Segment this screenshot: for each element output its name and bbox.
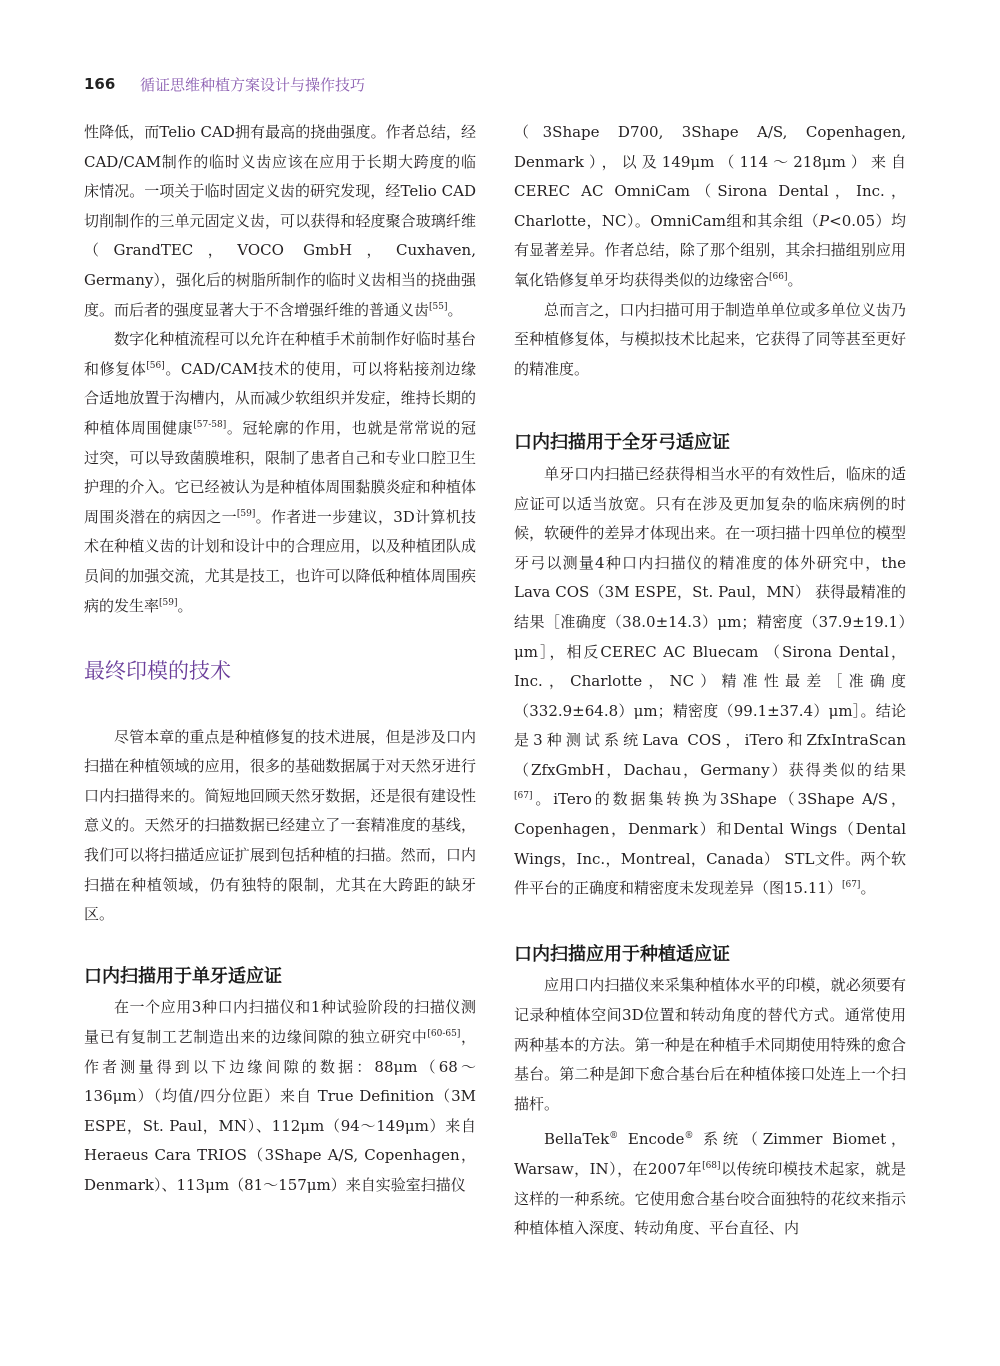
subheading: 口内扫描用于全牙弓适应证 bbox=[514, 428, 906, 458]
running-header: 166 循证思维种植方案设计与操作技巧 bbox=[84, 72, 365, 96]
citation: [67] bbox=[514, 791, 532, 801]
paragraph: 应用口内扫描仪来采集种植体水平的印模，就必须要有记录种植体空间3D位置和转动角度… bbox=[514, 971, 906, 1119]
citation: [59] bbox=[237, 509, 255, 519]
citation: [56] bbox=[146, 361, 164, 371]
citation: [57-58] bbox=[193, 420, 226, 430]
citation: [68] bbox=[702, 1161, 720, 1171]
paragraph: BellaTek® Encode® 系统（Zimmer Biomet，Warsa… bbox=[514, 1125, 906, 1243]
section-heading: 最终印模的技术 bbox=[84, 657, 476, 687]
paragraph: 总而言之，口内扫描可用于制造单单位或多单位义齿乃至种植修复体，与模拟技术比起来，… bbox=[514, 296, 906, 385]
paragraph: （3Shape D700, 3Shape A/S, Copenhagen, De… bbox=[514, 118, 906, 296]
citation: [67] bbox=[842, 880, 860, 890]
paragraph: 数字化种植流程可以允许在种植手术前制作好临时基台和修复体[56]。CAD/CAM… bbox=[84, 325, 476, 621]
subheading: 口内扫描应用于种植适应证 bbox=[514, 940, 906, 970]
paragraph: 在一个应用3种口内扫描仪和1种试验阶段的扫描仪测量已有复制工艺制造出来的边缘间隙… bbox=[84, 993, 476, 1200]
right-column: （3Shape D700, 3Shape A/S, Copenhagen, De… bbox=[514, 118, 906, 1244]
paragraph: 单牙口内扫描已经获得相当水平的有效性后，临床的适应证可以适当放宽。只有在涉及更加… bbox=[514, 460, 906, 904]
left-column: 性降低，而Telio CAD拥有最高的挠曲强度。作者总结，经CAD/CAM制作的… bbox=[84, 118, 476, 1201]
citation: [59] bbox=[159, 598, 177, 608]
citation: [60-65] bbox=[427, 1029, 460, 1039]
citation: [66] bbox=[769, 272, 787, 282]
paragraph: 尽管本章的重点是种植修复的技术进展，但是涉及口内扫描在种植领域的应用，很多的基础… bbox=[84, 723, 476, 930]
subheading: 口内扫描用于单牙适应证 bbox=[84, 962, 476, 992]
citation: [55] bbox=[429, 302, 447, 312]
book-title: 循证思维种植方案设计与操作技巧 bbox=[140, 74, 365, 95]
page-number: 166 bbox=[84, 75, 140, 93]
paragraph: 性降低，而Telio CAD拥有最高的挠曲强度。作者总结，经CAD/CAM制作的… bbox=[84, 118, 476, 325]
